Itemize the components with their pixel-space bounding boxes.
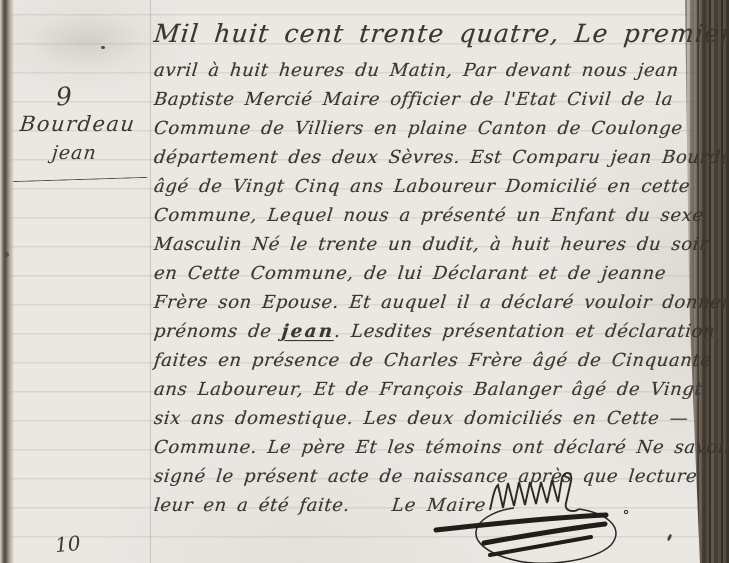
- act-line: ans Laboureur, Et de François Balanger â…: [152, 375, 700, 404]
- mayor-signature-flourish: [428, 472, 643, 563]
- act-line: Masculin Né le trente un dudit, à huit h…: [152, 230, 700, 259]
- act-line: en Cette Commune, de lui Déclarant et de…: [152, 259, 700, 288]
- act-line: Commune. Le père Et les témoins ont décl…: [152, 433, 700, 462]
- act-line: Baptiste Mercié Maire officier de l'Etat…: [152, 85, 700, 114]
- ink-speck: [101, 46, 105, 49]
- flourish-bar: [484, 524, 605, 543]
- act-line: âgé de Vingt Cinq ans Laboureur Domicili…: [152, 172, 700, 201]
- act-line: avril à huit heures du Matin, Par devant…: [152, 56, 700, 85]
- act-line: Commune, Lequel nous a présenté un Enfan…: [152, 201, 700, 230]
- act-line: département des deux Sèvres. Est Comparu…: [152, 143, 700, 172]
- margin-given-name: jean: [51, 142, 98, 164]
- act-line: Commune de Villiers en plaine Canton de …: [152, 114, 700, 143]
- act-body-text: Mil huit cent trente quatre, Le premier …: [154, 11, 699, 520]
- act-line-child-name: prénoms de jean. Lesdites présentation e…: [152, 317, 700, 346]
- name-line-post: . Lesdites présentation et déclaration: [333, 321, 716, 342]
- margin-underline-flourish: [12, 174, 148, 182]
- left-page-edge: [0, 0, 14, 563]
- name-line-pre: prénoms de: [153, 321, 283, 342]
- ink-dot: [624, 510, 627, 513]
- closing-text: leur en a été faite.: [153, 495, 351, 516]
- margin-surname: Bourdeau: [19, 112, 137, 136]
- act-line: six ans domestique. Les deux domiciliés …: [152, 404, 700, 433]
- child-name: jean: [281, 321, 336, 342]
- next-entry-number: 10: [54, 531, 81, 557]
- paper-smudge: [30, 12, 145, 70]
- act-line: Mil huit cent trente quatre, Le premier: [152, 11, 702, 56]
- entry-number: 9: [55, 81, 73, 111]
- registry-page-scan: 9 Bourdeau jean Mil huit cent trente qua…: [0, 0, 729, 563]
- act-line: faites en présence de Charles Frère âgé …: [152, 346, 700, 375]
- ink-speck: [667, 534, 673, 542]
- margin-rule-line: [150, 0, 151, 563]
- signature-scrawl: [490, 473, 579, 511]
- ink-speck: [4, 252, 9, 257]
- act-line: Frère son Epouse. Et auquel il a déclaré…: [152, 288, 700, 317]
